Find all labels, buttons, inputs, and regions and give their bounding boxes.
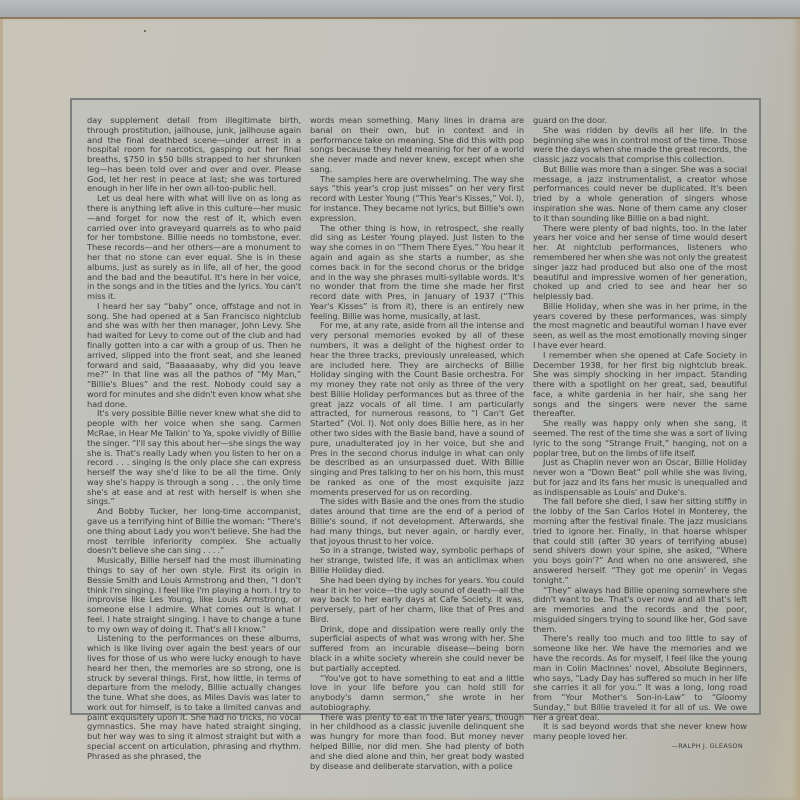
- liner-notes-paragraph: She had been dying by inches for years. …: [310, 576, 524, 625]
- liner-notes-paragraph: It's very possible Billie never knew wha…: [87, 409, 301, 507]
- liner-notes-paragraph: words mean something. Many lines in dram…: [310, 116, 524, 175]
- liner-notes-paragraph: So in a strange, twisted way, symbolic p…: [310, 546, 524, 575]
- liner-notes-paragraph: day supplement detail from illegitimate …: [87, 116, 301, 194]
- liner-notes-paragraph: She was ridden by devils all her life. I…: [533, 126, 747, 165]
- liner-notes-paragraph: And Bobby Tucker, her long-time accompan…: [87, 507, 301, 556]
- liner-notes-paragraph: The other thing is how, in retrospect, s…: [310, 224, 524, 322]
- scan-background-strip: [0, 0, 800, 18]
- liner-notes-paragraph: Billie Holiday, when she was in her prim…: [533, 302, 747, 351]
- liner-notes-paragraph: The sides with Basie and the ones from t…: [310, 497, 524, 546]
- liner-notes-column-3: guard on the door.She was ridden by devi…: [533, 116, 747, 706]
- liner-notes-paragraph: But Billie was more than a singer. She w…: [533, 165, 747, 224]
- liner-notes-paragraph: For me, at any rate, aside from all the …: [310, 321, 524, 497]
- liner-notes-paragraph: The samples here are overwhelming. The w…: [310, 175, 524, 224]
- liner-notes-paragraph: Listening to the performances on these a…: [87, 634, 301, 761]
- liner-notes-paragraph: Musically, Billie herself had the most i…: [87, 556, 301, 634]
- liner-notes-paragraph: “They” always had Billie opening somewhe…: [533, 586, 747, 635]
- liner-notes-paragraph: The fall before she died, I saw her sitt…: [533, 497, 747, 585]
- liner-notes-paragraph: There were plenty of bad nights, too. In…: [533, 224, 747, 302]
- liner-notes-paragraph: Drink, dope and dissipation were really …: [310, 625, 524, 674]
- liner-notes-frame: day supplement detail from illegitimate …: [70, 98, 761, 715]
- liner-notes-paragraph: There was plenty to eat in the later yea…: [310, 713, 524, 772]
- liner-notes-paragraph: I remember when she opened at Cafe Socie…: [533, 351, 747, 419]
- liner-notes-column-1: day supplement detail from illegitimate …: [87, 116, 301, 706]
- liner-notes-paragraph: Just as Chaplin never won an Oscar, Bill…: [533, 458, 747, 497]
- album-back-cover: day supplement detail from illegitimate …: [0, 17, 800, 800]
- liner-notes-columns: day supplement detail from illegitimate …: [87, 116, 747, 706]
- liner-notes-paragraph: Let us deal here with what will live on …: [87, 194, 301, 302]
- liner-notes-paragraph: I heard her say “baby” once, offstage an…: [87, 302, 301, 410]
- paper-speck: [144, 30, 146, 32]
- author-signature: —RALPH J. GLEASON: [533, 742, 747, 752]
- liner-notes-paragraph: “You've got to have something to eat and…: [310, 674, 524, 713]
- liner-notes-paragraph: It is sad beyond words that she never kn…: [533, 722, 747, 742]
- liner-notes-column-2: words mean something. Many lines in dram…: [310, 116, 524, 706]
- liner-notes-paragraph: There's really too much and too little t…: [533, 634, 747, 722]
- liner-notes-paragraph: She really was happy only when she sang,…: [533, 419, 747, 458]
